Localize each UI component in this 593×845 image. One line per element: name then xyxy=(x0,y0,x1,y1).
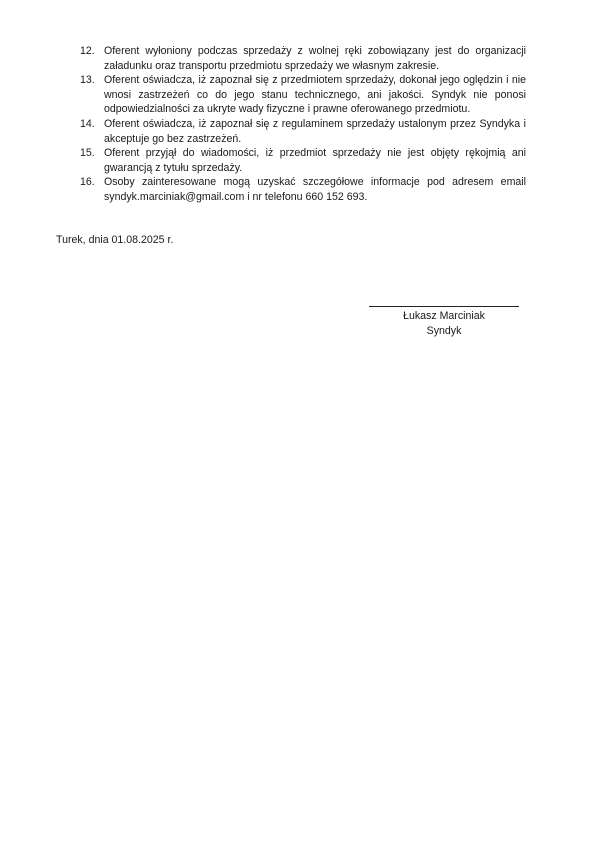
item-number: 15. xyxy=(80,146,104,175)
item-number: 13. xyxy=(80,73,104,117)
item-number: 16. xyxy=(80,175,104,204)
list-item: 16. Osoby zainteresowane mogą uzyskać sz… xyxy=(80,175,526,204)
item-number: 12. xyxy=(80,44,104,73)
signature-block: Łukasz Marciniak Syndyk xyxy=(368,306,520,338)
item-text: Oferent oświadcza, iż zapoznał się z reg… xyxy=(104,117,526,146)
item-number: 14. xyxy=(80,117,104,146)
list-item: 15. Oferent przyjął do wiadomości, iż pr… xyxy=(80,146,526,175)
item-text: Osoby zainteresowane mogą uzyskać szczeg… xyxy=(104,175,526,204)
signature-line xyxy=(369,306,519,307)
list-item: 14. Oferent oświadcza, iż zapoznał się z… xyxy=(80,117,526,146)
terms-list: 12. Oferent wyłoniony podczas sprzedaży … xyxy=(80,44,526,205)
item-text: Oferent wyłoniony podczas sprzedaży z wo… xyxy=(104,44,526,73)
item-text: Oferent przyjął do wiadomości, iż przedm… xyxy=(104,146,526,175)
signer-name: Łukasz Marciniak xyxy=(368,309,520,324)
item-text: Oferent oświadcza, iż zapoznał się z prz… xyxy=(104,73,526,117)
list-item: 13. Oferent oświadcza, iż zapoznał się z… xyxy=(80,73,526,117)
place-date: Turek, dnia 01.08.2025 r. xyxy=(56,234,173,246)
list-item: 12. Oferent wyłoniony podczas sprzedaży … xyxy=(80,44,526,73)
signer-role: Syndyk xyxy=(368,324,520,339)
